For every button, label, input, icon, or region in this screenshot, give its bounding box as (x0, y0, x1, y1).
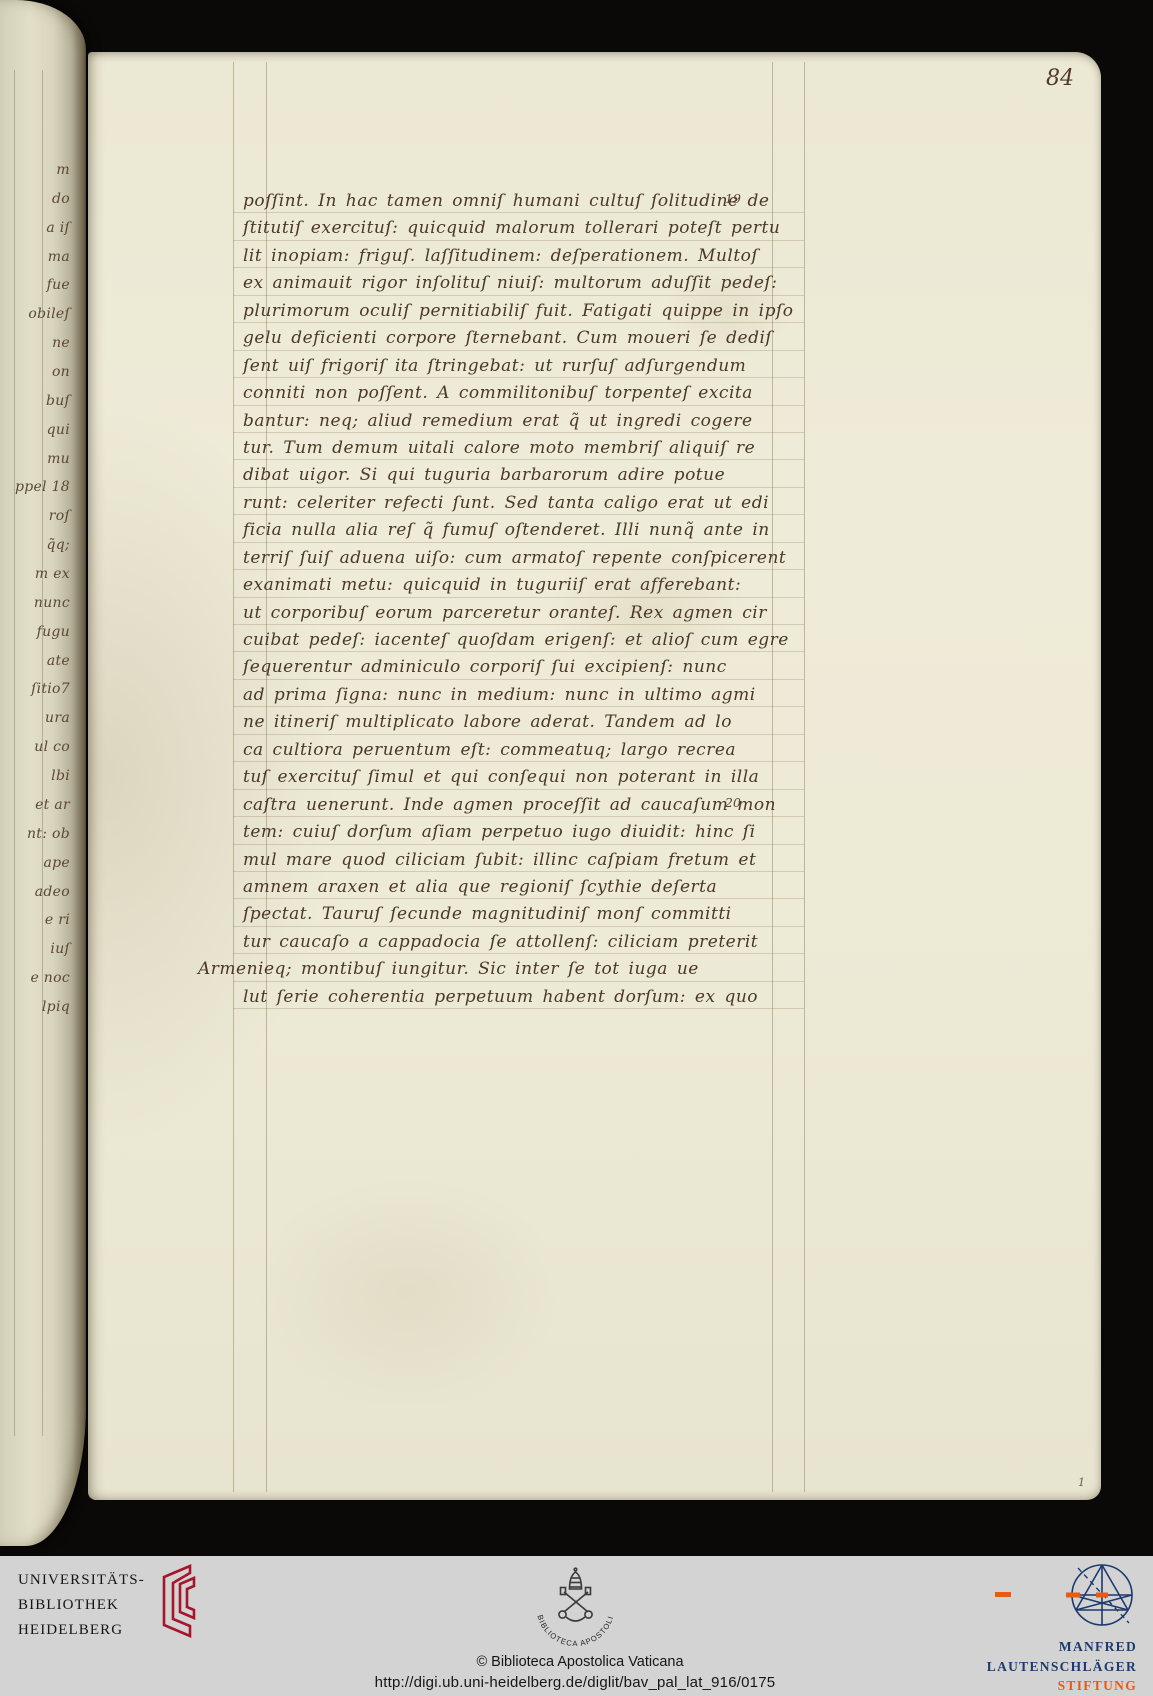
library-name-line: UNIVERSITÄTS- (18, 1568, 145, 1593)
manuscript-line: ne itineriſ multiplicato labore aderat. … (233, 709, 804, 736)
manuscript-line: gelu deficienti corpore ſternebant. Cum … (233, 325, 804, 352)
library-name: UNIVERSITÄTS- BIBLIOTHEK HEIDELBERG (18, 1568, 145, 1643)
left-page-text-fragment: do (52, 191, 70, 207)
foundation-logo-dash (995, 1592, 1011, 1597)
left-page-text-fragment: mu (47, 451, 70, 467)
previous-page-edge: mdoa iſmafueobileſneonbuſquimuppel 18roſ… (0, 0, 86, 1546)
manuscript-line: tur. Tum demum uitali calore moto membri… (233, 435, 804, 462)
manuscript-line: tem: cuiuſ dorſum aſiam perpetuo iugo di… (233, 819, 804, 846)
manuscript-line: Armenieq; montibuſ iungitur. Sic inter ſ… (233, 956, 804, 983)
quire-mark: 1 (1078, 1476, 1085, 1489)
manuscript-line: cuibat pedeſ: iacenteſ quoſdam erigenſ: … (233, 627, 804, 654)
left-page-text-fragment: roſ (49, 508, 70, 524)
left-page-text-fragment: on (52, 364, 70, 380)
left-page-text-fragment: lpiq (42, 999, 70, 1015)
manuscript-line: amnem araxen et alia que regioniſ ſcythi… (233, 874, 804, 901)
heidelberg-library-logo-icon (150, 1564, 198, 1638)
vatican-seal-icon: BIBLIOTECA APOSTOLICA VATICANA (528, 1556, 623, 1651)
left-page-text-fragment: lbi (51, 768, 70, 784)
manuscript-line: runt: celeriter refecti ſunt. Sed tanta … (233, 490, 804, 517)
left-page-text-fragment: fue (47, 277, 70, 293)
left-page-text-fragment: qui (47, 422, 70, 438)
manuscript-line: poſſint. In hac tamen omniſ humani cultu… (233, 188, 804, 215)
copyright-notice: © Biblioteca Apostolica Vaticana (330, 1654, 830, 1670)
left-page-text-fragment: ul co (34, 739, 70, 755)
left-page-text-fragment: buſ (46, 393, 70, 409)
left-page-text-fragment: ura (45, 710, 70, 726)
manuscript-photo: mdoa iſmafueobileſneonbuſquimuppel 18roſ… (0, 0, 1153, 1696)
left-page-text-fragment: a iſ (46, 220, 70, 236)
manuscript-line: lit inopiam: friguſ. laſſitudinem: deſpe… (233, 243, 804, 270)
manuscript-line: exanimati metu: quicquid in tuguriiſ era… (233, 572, 804, 599)
manuscript-line: ſequerentur adminiculo corporiſ ſui exci… (233, 654, 804, 681)
margin-section-number: 20 (725, 795, 741, 810)
manuscript-line: ex animauit rigor inſolituſ niuiſ: multo… (233, 270, 804, 297)
left-page-text-fragment: e ri (45, 912, 70, 928)
left-page-text-fragment: ate (47, 653, 70, 669)
library-name-line: BIBLIOTHEK (18, 1593, 145, 1618)
foundation-name: MANFRED LAUTENSCHLÄGER STIFTUNG (987, 1637, 1137, 1696)
foundation-name-line: MANFRED (987, 1637, 1137, 1657)
left-page-text-fragment: iuſ (50, 941, 70, 957)
left-page-text-fragment: ppel 18 (15, 479, 70, 495)
left-page-text-fragment: m (56, 162, 70, 178)
manuscript-text-block: poſſint. In hac tamen omniſ humani cultu… (233, 188, 804, 1011)
left-page-text-fragment: e noc (30, 970, 70, 986)
manuscript-line: plurimorum oculiſ pernitiabiliſ fuit. Fa… (233, 298, 804, 325)
page-edge-line (14, 70, 15, 1436)
manuscript-line: ſpectat. Tauruſ ſecunde magnitudiniſ mon… (233, 901, 804, 928)
source-url: http://digi.ub.uni-heidelberg.de/diglit/… (285, 1674, 865, 1691)
manuscript-line: tuſ exercituſ ſimul et qui conſequi non … (233, 764, 804, 791)
foundation-name-line: LAUTENSCHLÄGER (987, 1657, 1137, 1677)
left-page-text-fragment: nt: ob (27, 826, 70, 842)
left-page-text-fragment: adeo (35, 884, 70, 900)
manuscript-line: ficia nulla alia reſ q̃ fumuſ oſtenderet… (233, 517, 804, 544)
manuscript-line: ſent uiſ frigoriſ ita ſtringebat: ut rur… (233, 353, 804, 380)
svg-text:BIBLIOTECA APOSTOLICA VATICANA: BIBLIOTECA APOSTOLICA VATICANA (528, 1556, 615, 1648)
foundation-globe-icon (1066, 1559, 1138, 1631)
manuscript-line: dibat uigor. Si qui tuguria barbarorum a… (233, 462, 804, 489)
folio-number: 84 (1046, 66, 1074, 91)
manuscript-line: caſtra uenerunt. Inde agmen proceſſit ad… (233, 792, 804, 819)
manuscript-line: mul mare quod ciliciam ſubit: illinc caſ… (233, 847, 804, 874)
manuscript-line: ad prima ſigna: nunc in medium: nunc in … (233, 682, 804, 709)
manuscript-line: ca cultiora peruentum eſt: commeatuq; la… (233, 737, 804, 764)
manuscript-line: ut corporibuſ eorum parceretur oranteſ. … (233, 600, 804, 627)
manuscript-page: 84 poſſint. In hac tamen omniſ humani cu… (88, 52, 1101, 1500)
viewer-footer: UNIVERSITÄTS- BIBLIOTHEK HEIDELBERG BIBL… (0, 1556, 1153, 1696)
left-page-text-fragment: obileſ (28, 306, 70, 322)
manuscript-line: ſtitutiſ exercituſ: quicquid malorum tol… (233, 215, 804, 242)
left-page-text-fragment: ma (48, 249, 70, 265)
left-page-text-fragment: nunc (34, 595, 70, 611)
left-page-text-fragment: et ar (35, 797, 70, 813)
left-page-text-fragment: m ex (35, 566, 70, 582)
manuscript-line: tur caucaſo a cappadocia ſe attollenſ: c… (233, 929, 804, 956)
ruling-line (804, 62, 805, 1492)
left-page-text-fragment: q̃q; (46, 537, 70, 553)
manuscript-line: lut ſerie coherentia perpetuum habent do… (233, 984, 804, 1011)
left-page-text-fragment: ſitio7 (31, 681, 70, 697)
margin-section-number: 19 (725, 191, 741, 206)
foundation-name-line: STIFTUNG (987, 1676, 1137, 1696)
left-page-text-fragment: ape (44, 855, 71, 871)
manuscript-line: conniti non poſſent. A commilitonibuſ to… (233, 380, 804, 407)
manuscript-line: terriſ ſuiſ aduena uiſo: cum armatoſ rep… (233, 545, 804, 572)
library-name-line: HEIDELBERG (18, 1618, 145, 1643)
manuscript-line: bantur: neq; aliud remedium erat q̃ ut i… (233, 408, 804, 435)
left-page-text-fragment: fugu (37, 624, 70, 640)
left-page-text-fragment: ne (52, 335, 70, 351)
